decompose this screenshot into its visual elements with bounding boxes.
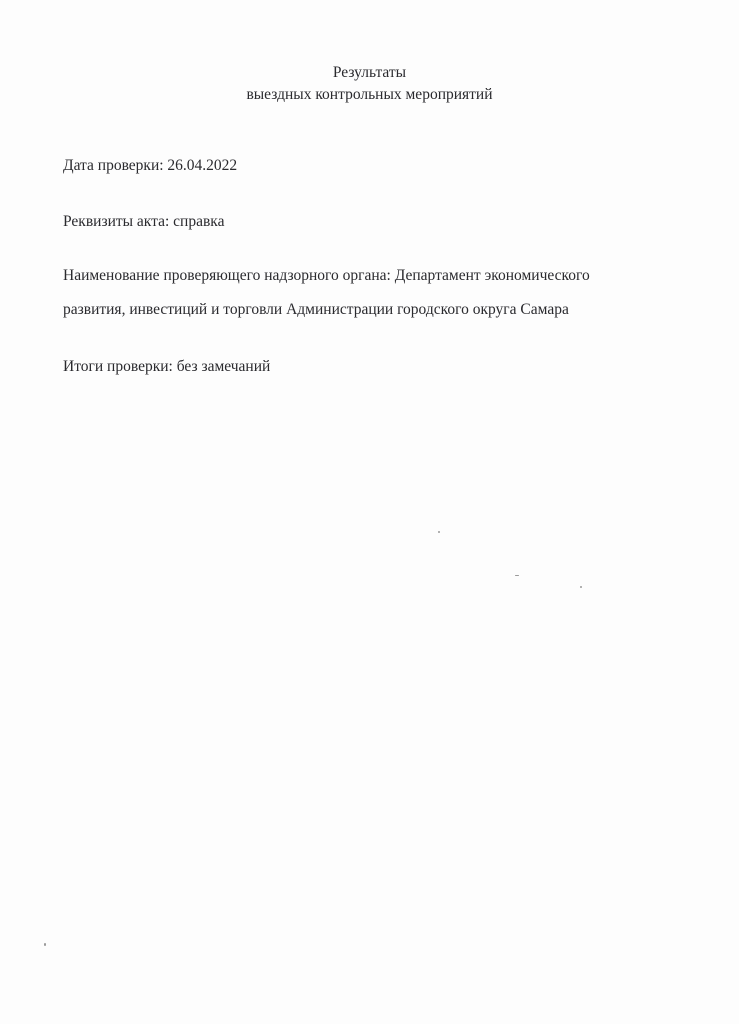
supervisory-body-line-1: Наименование проверяющего надзорного орг…	[63, 265, 590, 287]
document-page: Результаты выездных контрольных мероприя…	[0, 0, 739, 1024]
scan-speck	[515, 575, 519, 576]
document-title-line-2: выездных контрольных мероприятий	[0, 84, 739, 106]
check-results: Итоги проверки: без замечаний	[63, 356, 270, 378]
document-title-line-1: Результаты	[0, 62, 739, 84]
scan-speck	[580, 586, 582, 588]
scan-speck	[438, 531, 440, 533]
act-details: Реквизиты акта: справка	[63, 211, 224, 233]
check-date: Дата проверки: 26.04.2022	[63, 155, 237, 177]
supervisory-body-line-2: развития, инвестиций и торговли Админист…	[63, 299, 569, 321]
scan-speck	[44, 943, 46, 946]
